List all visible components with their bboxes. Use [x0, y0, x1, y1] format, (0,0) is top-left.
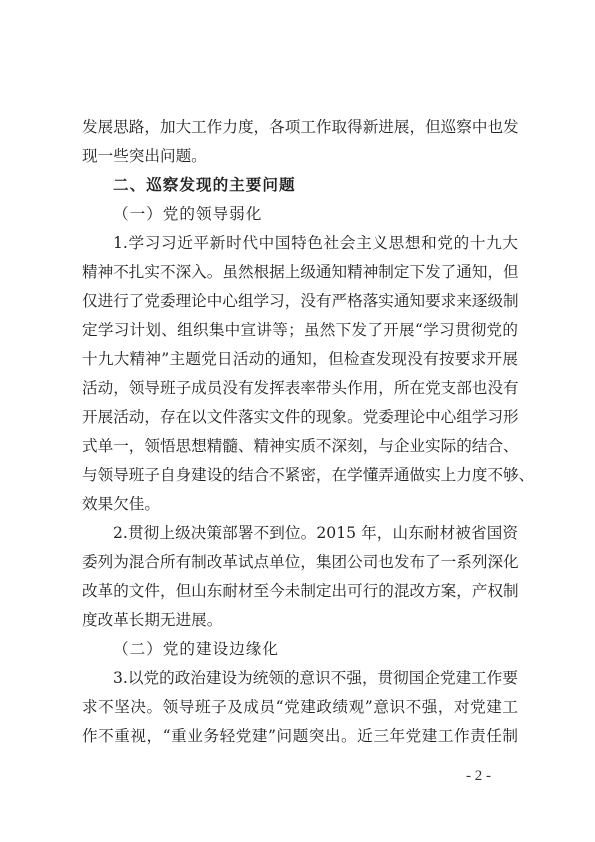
document-page: 发展思路，加大工作力度，各项工作取得新进展，但巡察中也发 现一些突出问题。 二、… [0, 0, 595, 842]
text-line: 委列为混合所有制改革试点单位，集团公司也发布了一系列深化 [82, 548, 518, 577]
paragraph-first-line: 1.学习习近平新时代中国特色社会主义思想和党的十九大 [113, 229, 518, 258]
paragraph-first-line: 2.贯彻上级决策部署不到位。2015 年，山东耐材被省国资 [113, 519, 518, 548]
text-line: 作不重视，“重业务轻党建”问题突出。近三年党建工作责任制 [82, 722, 518, 751]
text-line: 精神不扎实不深入。虽然根据上级通知精神制定下发了通知，但 [82, 258, 518, 287]
text-line: 式单一，领悟思想精髓、精神实质不深刻，与企业实际的结合、 [82, 432, 518, 461]
text-line: 求不坚决。领导班子及成员“党建政绩观”意识不强，对党建工 [82, 693, 518, 722]
text-line: 效果欠佳。 [82, 490, 518, 519]
text-line: 与领导班子自身建设的结合不紧密，在学懂弄通做实上力度不够、 [82, 461, 518, 490]
text-line: 活动，领导班子成员没有发挥表率带头作用，所在党支部也没有 [82, 374, 518, 403]
paragraph-first-line: 3.以党的政治建设为统领的意识不强，贯彻国企党建工作要 [113, 664, 518, 693]
text-line: 现一些突出问题。 [82, 142, 518, 171]
text-line: 开展活动，存在以文件落实文件的现象。党委理论中心组学习形 [82, 403, 518, 432]
text-line: 定学习计划、组织集中宣讲等；虽然下发了开展“学习贯彻党的 [82, 316, 518, 345]
text-line: 十九大精神”主题党日活动的通知，但检查发现没有按要求开展 [82, 345, 518, 374]
section-heading: 二、巡察发现的主要问题 [113, 171, 413, 200]
text-line: 改革的文件，但山东耐材至今未制定出可行的混改方案，产权制 [82, 577, 518, 606]
text-line: 发展思路，加大工作力度，各项工作取得新进展，但巡察中也发 [82, 113, 518, 142]
subsection-heading: （一）党的领导弱化 [113, 200, 413, 229]
page-number: - 2 - [466, 768, 491, 785]
text-line: 度改革长期无进展。 [82, 606, 518, 635]
subsection-heading: （二）党的建设边缘化 [113, 635, 413, 664]
text-line: 仅进行了党委理论中心组学习，没有严格落实通知要求来逐级制 [82, 287, 518, 316]
